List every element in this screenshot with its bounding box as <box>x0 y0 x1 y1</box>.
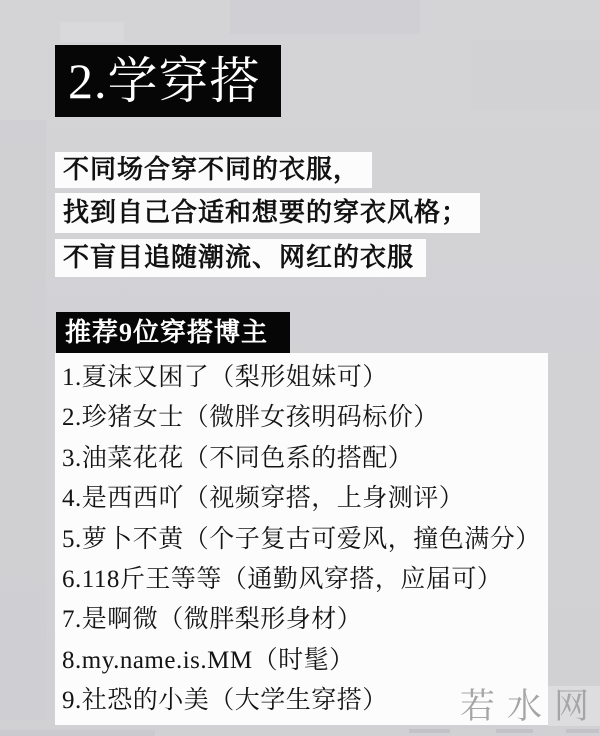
background-blotch <box>470 40 600 110</box>
blogger-item-7: 7.是啊微（微胖梨形身材） <box>62 600 548 640</box>
blogger-item-4: 4.是西西吖（视频穿搭，上身测评） <box>62 479 548 519</box>
intro-line-2: 找到自己合适和想要的穿衣风格； <box>55 193 480 233</box>
background-blotch <box>60 22 124 42</box>
blogger-item-6: 6.118斤王等等（通勤风穿搭，应届可） <box>62 560 548 600</box>
watermark-subtext-mark <box>566 729 599 733</box>
watermark-subtext-mark <box>409 729 450 733</box>
watermark: 若水网 <box>460 688 600 726</box>
blogger-list: 1.夏沫又困了（梨形姐妹可） 2.珍猪女士（微胖女孩明码标价） 3.油菜花花（不… <box>55 353 548 725</box>
style-guide-poster: 2.学穿搭 不同场合穿不同的衣服， 找到自己合适和想要的穿衣风格； 不盲目追随潮… <box>0 0 600 736</box>
background-blotch <box>230 0 420 34</box>
background-blotch <box>0 730 155 736</box>
blogger-item-8: 8.my.name.is.MM（时髦） <box>62 641 548 681</box>
intro-line-3: 不盲目追随潮流、网红的衣服 <box>55 239 426 277</box>
intro-line-1: 不同场合穿不同的衣服， <box>55 152 372 188</box>
blogger-item-2: 2.珍猪女士（微胖女孩明码标价） <box>62 398 548 438</box>
blogger-item-5: 5.萝卜不黄（个子复古可爱风，撞色满分） <box>62 520 548 560</box>
watermark-subtext-mark <box>496 729 533 733</box>
background-blotch <box>0 120 46 720</box>
blogger-item-1: 1.夏沫又困了（梨形姐妹可） <box>62 358 548 398</box>
blogger-item-3: 3.油菜花花（不同色系的搭配） <box>62 439 548 479</box>
section-label: 推荐9位穿搭博主 <box>56 312 290 353</box>
page-title: 2.学穿搭 <box>55 45 281 117</box>
